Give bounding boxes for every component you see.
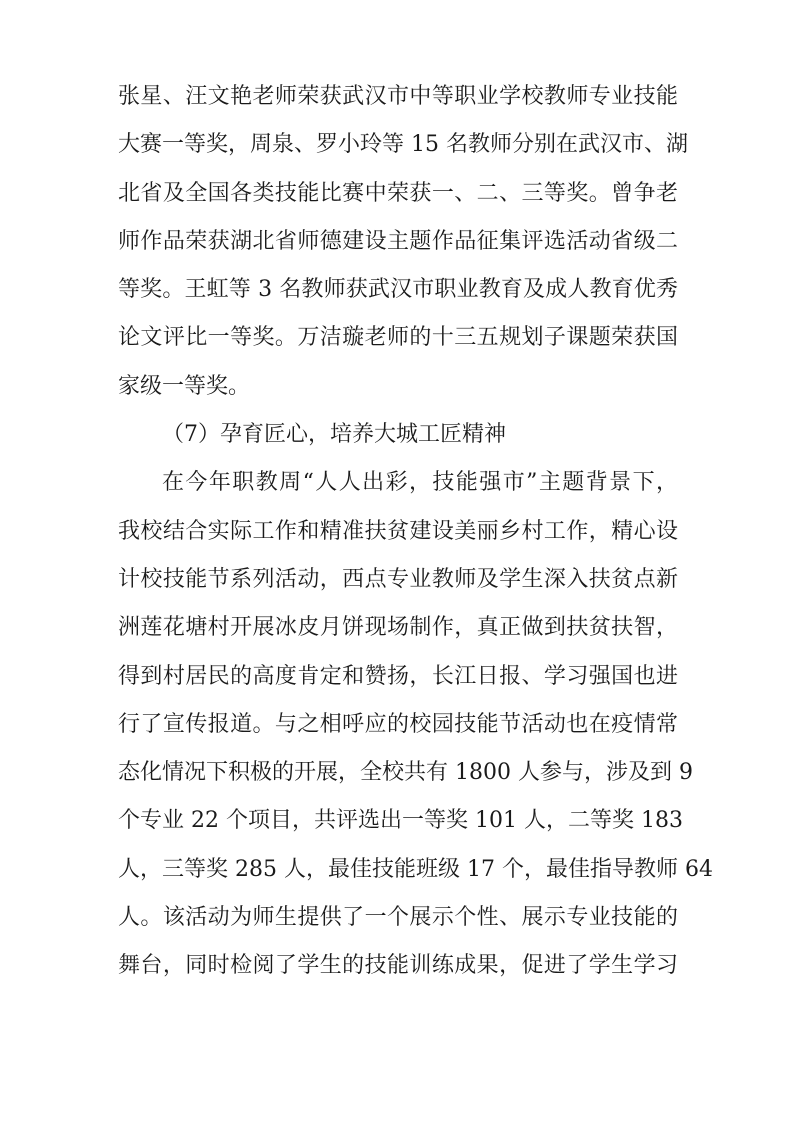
document-page: 张星、汪文艳老师荣获武汉市中等职业学校教师专业技能大赛一等奖，周泉、罗小玲等 1…	[0, 0, 800, 1132]
text-line: 人。该活动为师生提供了一个展示个性、展示专业技能的	[118, 894, 678, 942]
text-line: 论文评比一等奖。万洁璇老师的十三五规划子课题荣获国	[118, 314, 678, 362]
paragraph-heading-item-7: （7）孕育匠心，培养大城工匠精神	[118, 411, 678, 459]
text-line: 师作品荣获湖北省师德建设主题作品征集评选活动省级二	[118, 218, 678, 266]
paragraph-teacher-awards: 张星、汪文艳老师荣获武汉市中等职业学校教师专业技能大赛一等奖，周泉、罗小玲等 1…	[118, 73, 678, 411]
text-line: 个专业 22 个项目，共评选出一等奖 101 人，二等奖 183	[118, 797, 678, 845]
paragraph-skills-festival: 在今年职教周“人人出彩，技能强市”主题背景下，我校结合实际工作和精准扶贫建设美丽…	[118, 459, 678, 990]
text-line: 我校结合实际工作和精准扶贫建设美丽乡村工作，精心设	[118, 508, 678, 556]
text-line: 张星、汪文艳老师荣获武汉市中等职业学校教师专业技能	[118, 73, 678, 121]
text-line: 舞台，同时检阅了学生的技能训练成果，促进了学生学习	[118, 942, 678, 990]
text-line: 人，三等奖 285 人，最佳技能班级 17 个，最佳指导教师 64	[118, 846, 678, 894]
text-line: 行了宣传报道。与之相呼应的校园技能节活动也在疫情常	[118, 701, 678, 749]
text-line: 大赛一等奖，周泉、罗小玲等 15 名教师分别在武汉市、湖	[118, 121, 678, 169]
text-line: 态化情况下积极的开展，全校共有 1800 人参与，涉及到 9	[118, 749, 678, 797]
text-line: 家级一等奖。	[118, 363, 678, 411]
text-line: 北省及全国各类技能比赛中荣获一、二、三等奖。曾争老	[118, 170, 678, 218]
text-line: 得到村居民的高度肯定和赞扬，长江日报、学习强国也进	[118, 653, 678, 701]
text-line: 等奖。王虹等 3 名教师获武汉市职业教育及成人教育优秀	[118, 266, 678, 314]
text-line: 计校技能节系列活动，西点专业教师及学生深入扶贫点新	[118, 556, 678, 604]
text-line: 洲莲花塘村开展冰皮月饼现场制作，真正做到扶贫扶智，	[118, 604, 678, 652]
text-line: （7）孕育匠心，培养大城工匠精神	[118, 411, 678, 459]
text-line: 在今年职教周“人人出彩，技能强市”主题背景下，	[118, 459, 678, 507]
